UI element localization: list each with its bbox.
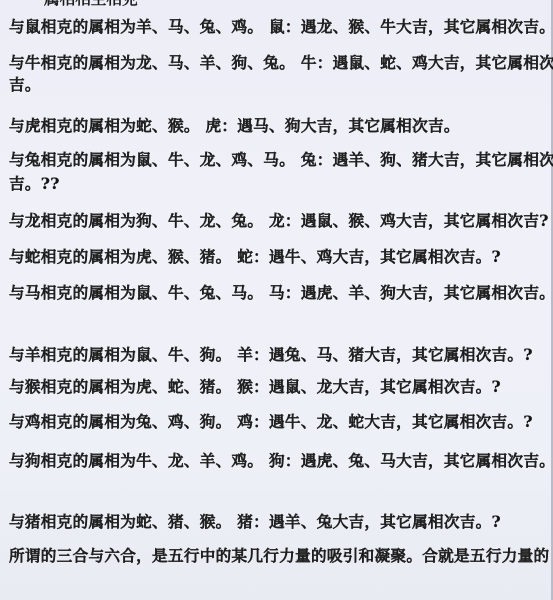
document-page: 属相相生相克 与鼠相克的属相为羊、马、兔、鸡。 鼠：遇龙、猴、牛大吉，其它属相次…: [0, 0, 553, 600]
paragraph-rooster: 与鸡相克的属相为兔、鸡、狗。 鸡：遇牛、龙、蛇大吉，其它属相次吉。?: [9, 411, 547, 433]
paragraph-rabbit-wrap: 吉。??: [9, 173, 547, 195]
paragraph-goat: 与羊相克的属相为鼠、牛、狗。 羊：遇兔、马、猪大吉，其它属相次吉。?: [9, 344, 547, 366]
paragraph-snake: 与蛇相克的属相为虎、猴、猪。 蛇：遇牛、鸡大吉，其它属相次吉。?: [9, 246, 547, 268]
paragraph-monkey: 与猴相克的属相为虎、蛇、猪。 猴：遇鼠、龙大吉，其它属相次吉。?: [9, 376, 547, 398]
paragraph-dragon: 与龙相克的属相为狗、牛、龙、兔。 龙：遇鼠、猴、鸡大吉，其它属相次吉?: [9, 210, 547, 232]
paragraph-ox: 与牛相克的属相为龙、马、羊、狗、兔。 牛：遇鼠、蛇、鸡大吉，其它属相次: [9, 52, 547, 74]
paragraph-dog: 与狗相克的属相为牛、龙、羊、鸡。 狗：遇虎、兔、马大吉，其它属相次吉。?: [9, 450, 547, 472]
paragraph-rabbit: 与兔相克的属相为鼠、牛、龙、鸡、马。 兔：遇羊、狗、猪大吉，其它属相次: [9, 149, 547, 171]
paragraph-rat: 与鼠相克的属相为羊、马、兔、鸡。 鼠：遇龙、猴、牛大吉，其它属相次吉。: [9, 16, 547, 38]
paragraph-tiger: 与虎相克的属相为蛇、猴。 虎：遇马、狗大吉，其它属相次吉。: [9, 115, 547, 137]
paragraph-horse: 与马相克的属相为鼠、牛、兔、马。 马：遇虎、羊、狗大吉，其它属相次吉。?: [9, 282, 547, 304]
clipped-heading: 属相相生相克: [44, 0, 138, 10]
paragraph-pig: 与猪相克的属相为蛇、猪、猴。 猪：遇羊、兔大吉，其它属相次吉。?: [9, 511, 547, 533]
paragraph-ox-wrap: 吉。: [9, 74, 547, 96]
paragraph-sanhe-liuhe: 所谓的三合与六合，是五行中的某几行力量的吸引和凝聚。合就是五行力量的: [9, 545, 547, 567]
